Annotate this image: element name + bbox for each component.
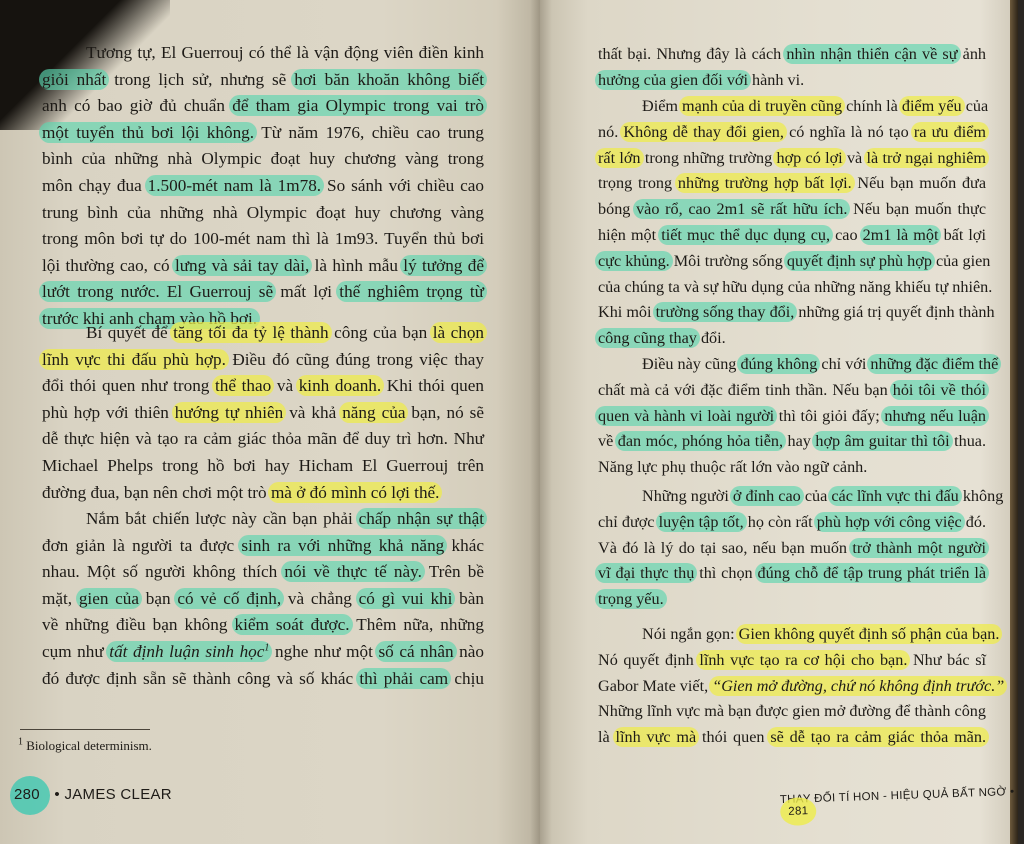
highlight-yellow: lĩnh vực tạo ra cơ hội cho bạn. — [696, 650, 910, 670]
highlight-yellow: lĩnh vực thi đấu phù hợp. — [39, 349, 229, 370]
open-book-spread: Tương tự, El Guerrouj có thể là vận động… — [0, 0, 1024, 844]
text-segment: vận động viên điền kinh — [314, 43, 484, 62]
highlight-green: hợp âm guitar thì tôi — [812, 431, 952, 451]
highlight-green: giỏi nhất — [39, 69, 109, 90]
highlight-yellow: là chọn — [430, 322, 487, 343]
footnote-divider — [20, 729, 150, 730]
text-line: đổi thói quen như trong thể thao và kinh… — [42, 373, 484, 400]
text-line: về những điều bạn không kiểm soát được. … — [42, 612, 484, 639]
text-segment: về những điều bạn không — [42, 615, 235, 634]
text-segment: lội thường cao, có — [42, 256, 175, 275]
highlight-green: luyện tập tốt, — [656, 512, 747, 532]
text-segment: Những người — [642, 487, 733, 505]
highlight-green: trọng yếu. — [595, 589, 667, 609]
text-line: chất mà cả với đặc điểm tinh thần. Nếu b… — [598, 378, 986, 404]
text-segment: Môi trường sống — [670, 252, 787, 270]
highlight-yellow: hướng tự nhiên — [172, 402, 286, 423]
text-segment: nghe như một — [269, 642, 378, 661]
text-segment: Khi môi — [598, 303, 656, 321]
text-line: Điều này cũng đúng không chỉ với những đ… — [598, 352, 986, 378]
text-segment: Nếu bạn muốn thực — [847, 200, 986, 218]
text-segment: Khi thói quen — [381, 376, 484, 395]
highlight-yellow-quote: “Gien mở đường, chứ nó không định trước.… — [709, 676, 1007, 696]
text-segment: và chẳng — [281, 589, 359, 608]
text-line: đường đua, bạn nên chơi một trò mà ở đó … — [42, 480, 484, 507]
footnote-number: 1 — [18, 737, 23, 748]
text-segment: Nói ngắn gọn: — [642, 625, 739, 643]
book-gutter — [530, 0, 552, 844]
text-segment: Điều đó cũng đúng trong việc thay — [226, 350, 484, 369]
highlight-green: 2m1 là một — [860, 225, 942, 245]
text-segment: chỉ với — [817, 355, 870, 373]
text-line: Michael Phelps trong hồ bơi hay Hicham E… — [42, 453, 484, 480]
paragraph-that-bai: thất bại. Nhưng đây là cách nhìn nhận th… — [598, 42, 986, 94]
text-segment: bóng — [598, 200, 636, 218]
highlight-green: gien của — [76, 588, 142, 609]
highlight-green: quyết định sự phù hợp — [784, 251, 935, 271]
text-segment: Bí quyết để — [86, 323, 173, 342]
highlight-green: nhìn nhận thiển cận về sự — [783, 44, 960, 64]
highlight-green: vào rổ, cao 2m1 sẽ rất hữu ích. — [633, 199, 850, 219]
text-segment: khác — [444, 536, 484, 555]
highlight-green: phù hợp với công việc — [814, 512, 965, 532]
text-line: lĩnh vực thi đấu phù hợp. Điều đó cũng đ… — [42, 347, 484, 374]
highlight-yellow: ra ưu điểm — [911, 122, 989, 142]
text-segment: không — [959, 487, 1004, 505]
italic-term: tất định luận sinh học — [109, 642, 264, 661]
text-line: Nắm bắt chiến lược này cần bạn phải chấp… — [42, 506, 484, 533]
text-segment: bạn — [139, 589, 177, 608]
text-segment: mất lợi — [273, 282, 339, 301]
text-line: trọng yếu. — [598, 587, 986, 613]
text-segment: Điểm — [642, 97, 682, 115]
text-line: vĩ đại thực thụ thì chọn đúng chỗ để tập… — [598, 561, 986, 587]
paragraph-nhung-nguoi: Những người ở đỉnh cao của các lĩnh vực … — [598, 484, 986, 613]
text-line: trọng trong những trường hợp bất lợi. Nế… — [598, 171, 986, 197]
text-line: nó. Không dễ thay đổi gien, có nghĩa là … — [598, 120, 986, 146]
text-line: phù hợp với thiên hướng tự nhiên và khả … — [42, 400, 484, 427]
highlight-green: các lĩnh vực thi đấu — [828, 486, 961, 506]
text-line: đơn giản là người ta được sinh ra với nh… — [42, 533, 484, 560]
text-segment: bất lợi — [938, 226, 986, 244]
text-segment: bàn — [452, 589, 484, 608]
text-segment: chịu — [448, 669, 484, 688]
text-line: Nó quyết định lĩnh vực tạo ra cơ hội cho… — [598, 648, 986, 674]
highlight-green: thế nghiêm trọng từ — [336, 281, 487, 302]
highlight-green: công cũng thay — [595, 328, 700, 348]
text-segment: đường đua, bạn nên chơi một trò — [42, 483, 271, 502]
running-author: JAMES CLEAR — [64, 786, 172, 803]
highlight-green: kiểm soát được. — [232, 614, 353, 635]
text-segment: hành vi. — [748, 71, 804, 89]
highlight-yellow: lĩnh vực mà — [613, 727, 700, 747]
text-segment: của — [962, 97, 989, 115]
text-segment: đổi. — [697, 329, 726, 347]
text-line: công cũng thay đổi. — [598, 326, 986, 352]
text-line: Những người ở đỉnh cao của các lĩnh vực … — [598, 484, 986, 510]
text-segment: Nắm bắt chiến lược này cần bạn phải — [86, 509, 359, 528]
text-line: trong môn bơi tự do 100-mét nam thì là 1… — [42, 226, 484, 253]
highlight-yellow: kinh doanh. — [296, 375, 384, 396]
text-segment: anh có bao giờ đủ chuẩn — [42, 96, 232, 115]
page-number: 281 — [780, 797, 817, 826]
highlight-green: đan móc, phóng hỏa tiễn, — [615, 431, 786, 451]
left-page: Tương tự, El Guerrouj có thể là vận động… — [0, 0, 540, 844]
text-segment: nào — [454, 642, 484, 661]
text-segment: chất mà cả với đặc điểm tinh thần. Nếu b… — [598, 381, 893, 399]
text-segment: đổi thói quen như trong — [42, 376, 215, 395]
text-segment: thất bại. Nhưng đây là cách — [598, 45, 786, 63]
highlight-yellow: mà ở đó mình có lợi thế. — [268, 482, 443, 503]
text-segment: đơn giản là người ta được — [42, 536, 241, 555]
highlight-yellow: thể thao — [212, 375, 274, 396]
text-segment: Trên bề — [422, 562, 484, 581]
highlight-green: hơi băn khoăn không biết — [291, 69, 487, 90]
highlight-green: lưng và sải tay dài, — [172, 255, 312, 276]
text-line: lội thường cao, có lưng và sải tay dài, … — [42, 253, 484, 280]
text-segment: Như bác sĩ — [907, 651, 986, 669]
text-line: dễ thực hiện và tạo ra cảm giác thỏa mãn… — [42, 426, 484, 453]
text-segment: thua. — [950, 432, 986, 450]
text-segment: hay — [783, 432, 815, 450]
right-page: thất bại. Nhưng đây là cách nhìn nhận th… — [540, 0, 1018, 844]
text-segment: đó được định sẵn sẽ thành công và số khá… — [42, 669, 359, 688]
highlight-yellow: năng của — [339, 402, 408, 423]
text-line: mặt, gien của bạn có vẻ cố định, và chẳn… — [42, 586, 484, 613]
text-segment: cao — [830, 226, 863, 244]
text-line: một tuyển thủ bơi lội không. Từ năm 1976… — [42, 120, 484, 147]
text-line: về đan móc, phóng hỏa tiễn, hay hợp âm g… — [598, 429, 986, 455]
highlight-green: cực khủng. — [595, 251, 673, 271]
text-segment: trong những trường — [641, 149, 777, 167]
footnote: 1 Biological determinism. — [18, 738, 152, 754]
text-line: Nói ngắn gọn: Gien không quyết định số p… — [598, 622, 986, 648]
text-segment: Và đó là lý do tại sao, nếu bạn muốn — [598, 539, 852, 557]
text-segment: Gabor Mate viết, — [598, 677, 712, 695]
text-line: bóng vào rổ, cao 2m1 sẽ rất hữu ích. Nếu… — [598, 197, 986, 223]
highlight-green: có vẻ cố định, — [174, 588, 284, 609]
highlight-green: đúng không — [737, 354, 820, 374]
text-segment: nhau. Một số người không thích — [42, 562, 284, 581]
highlight-yellow: sẽ dễ tạo ra cảm giác thỏa mãn. — [767, 727, 989, 747]
highlight-green: có gì vui khi — [356, 588, 456, 609]
text-line: anh có bao giờ đủ chuẩn để tham gia Olym… — [42, 93, 484, 120]
text-segment: đó. — [962, 513, 986, 531]
highlight-green: thì phải cam — [356, 668, 451, 689]
highlight-yellow: Gien không quyết định số phận của bạn. — [736, 624, 1003, 644]
left-folio: 280 • JAMES CLEAR — [16, 786, 172, 803]
highlight-green: lý tưởng để — [400, 255, 487, 276]
highlight-green: ở đỉnh cao — [730, 486, 804, 506]
page-number: 280 — [10, 776, 50, 815]
text-line: rất lớn trong những trường hợp có lợi và… — [598, 146, 986, 172]
paragraph-dieu-nay: Điều này cũng đúng không chỉ với những đ… — [598, 352, 986, 481]
text-line: cực khủng. Môi trường sống quyết định sự… — [598, 249, 986, 275]
paragraph-noi-ngan-gon: Nói ngắn gọn: Gien không quyết định số p… — [598, 622, 986, 751]
highlight-yellow: là trở ngại nghiêm — [864, 148, 989, 168]
text-segment: ảnh — [958, 45, 987, 63]
text-line: Điểm mạnh của di truyền cũng chính là đi… — [598, 94, 986, 120]
text-segment: chính là — [842, 97, 902, 115]
text-line: bình của những nhà Olympic đoạt huy chươ… — [42, 146, 484, 173]
text-segment: chỉ được — [598, 513, 659, 531]
text-segment: họ còn rất — [744, 513, 817, 531]
text-segment: So sánh với chiều cao — [321, 176, 484, 195]
right-folio: THAY ĐỔI TÍ HON - HIỆU QUẢ BẤT NGỜ • 281 — [780, 786, 1019, 818]
text-segment: phù hợp với thiên — [42, 403, 175, 422]
text-line: chỉ được luyện tập tốt, họ còn rất phù h… — [598, 510, 986, 536]
text-segment: Nếu bạn muốn đưa — [852, 174, 986, 192]
text-line: hưởng của gien đối với hành vi. — [598, 68, 986, 94]
highlight-yellow: những trường hợp bất lợi. — [675, 173, 855, 193]
text-segment: thì tôi giỏi đấy; — [774, 407, 884, 425]
text-segment: và — [843, 149, 867, 167]
text-line: trung bình của những nhà Olympic đoạt hu… — [42, 200, 484, 227]
paragraph-nam-bat: Nắm bắt chiến lược này cần bạn phải chấp… — [42, 506, 484, 692]
text-segment: mặt, — [42, 589, 79, 608]
text-segment: những giá trị quyết định thành — [794, 303, 994, 321]
text-segment: là hình mẫu — [309, 256, 403, 275]
text-line: môn chạy đua 1.500-mét nam là 1m78. So s… — [42, 173, 484, 200]
text-line: giỏi nhất trong lịch sử, nhưng sẽ hơi bă… — [42, 67, 484, 94]
paragraph-diem-manh: Điểm mạnh của di truyền cũng chính là đi… — [598, 94, 986, 352]
highlight-yellow: tăng tối đa tỷ lệ thành — [170, 322, 331, 343]
text-segment: và — [271, 376, 298, 395]
text-line: hiện một tiết mục thể dục dụng cụ, cao 2… — [598, 223, 986, 249]
text-line: Năng lực phụ thuộc rất lớn vào ngữ cảnh. — [598, 455, 986, 481]
highlight-yellow: rất lớn — [595, 148, 644, 168]
text-line: nhau. Một số người không thích nói về th… — [42, 559, 484, 586]
highlight-green: trở thành một người — [849, 538, 989, 558]
highlight-green: những đặc điểm thể — [867, 354, 1001, 374]
highlight-green: đúng chỗ để tập trung phát triển là — [755, 563, 989, 583]
text-line: cụm như tất định luận sinh học1 nghe như… — [42, 639, 484, 666]
text-segment: Điều này cũng — [642, 355, 740, 373]
text-line: đó được định sẵn sẽ thành công và số khá… — [42, 666, 484, 693]
text-segment: Thêm nữa, những — [350, 615, 484, 634]
highlight-green: hưởng của gien đối với — [595, 70, 751, 90]
highlight-green: trường sống thay đổi, — [653, 302, 798, 322]
highlight-yellow: mạnh của di truyền cũng — [679, 96, 845, 116]
highlight-green: số cá nhân — [375, 641, 456, 662]
highlight-green: 1.500-mét nam là 1m78. — [145, 175, 324, 196]
text-segment: trong lịch sử, nhưng sẽ — [106, 70, 294, 89]
highlight-yellow: Không dễ thay đổi gien, — [620, 122, 787, 142]
text-line: lướt trong nước. El Guerrouj sẽ mất lợi … — [42, 279, 484, 306]
text-segment: công của bạn — [329, 323, 433, 342]
text-line: Những lĩnh vực mà bạn được gien mở đường… — [598, 699, 986, 725]
text-segment: Nó quyết định — [598, 651, 699, 669]
highlight-yellow: hợp có lợi — [773, 148, 845, 168]
text-line: Và đó là lý do tại sao, nếu bạn muốn trở… — [598, 536, 986, 562]
highlight-green: chấp nhận sự thật — [356, 508, 487, 529]
text-segment: Từ năm 1976, chiều cao trung — [254, 123, 484, 142]
highlight-yellow: điểm yếu — [899, 96, 965, 116]
text-line: Tương tự, El Guerrouj có thể là vận động… — [42, 40, 484, 67]
text-line: quen và hành vi loài người thì tôi giỏi … — [598, 404, 986, 430]
highlight-green: nhưng nếu luận — [881, 406, 989, 426]
text-segment: bạn, nó sẽ — [405, 403, 484, 422]
text-segment: có nghĩa là nó tạo — [784, 123, 914, 141]
page-edge — [1010, 0, 1018, 844]
text-line: Khi môi trường sống thay đổi, những giá … — [598, 300, 986, 326]
text-line: Bí quyết để tăng tối đa tỷ lệ thành công… — [42, 320, 484, 347]
text-segment: của — [801, 487, 832, 505]
text-segment: thói quen — [696, 728, 770, 746]
highlight-green: lướt trong nước. El Guerrouj sẽ — [39, 281, 276, 302]
highlight-green: một tuyển thủ bơi lội không. — [39, 122, 257, 143]
text-line: Gabor Mate viết, “Gien mở đường, chứ nó … — [598, 674, 986, 700]
text-segment: của gien — [932, 252, 990, 270]
text-segment: và khả — [283, 403, 342, 422]
highlight-green: nói về thực tế này. — [281, 561, 425, 582]
highlight-green: vĩ đại thực thụ — [595, 563, 697, 583]
text-segment: trọng trong — [598, 174, 678, 192]
highlight-green: hỏi tôi về thói — [890, 380, 989, 400]
paragraph-bi-quyet: Bí quyết để tăng tối đa tỷ lệ thành công… — [42, 320, 484, 506]
text-segment: hiện một — [598, 226, 661, 244]
footnote-text: Biological determinism. — [26, 738, 152, 753]
text-line: của chúng ta và sự hữu dụng của những nă… — [598, 275, 986, 301]
text-segment: môn chạy đua — [42, 176, 148, 195]
text-segment: thì chọn — [694, 564, 757, 582]
highlight-green: để tham gia Olympic trong vai trò — [229, 95, 487, 116]
highlight-green: tiết mục thể dục dụng cụ, — [658, 225, 833, 245]
paragraph-el-guerrouj: Tương tự, El Guerrouj có thể là vận động… — [42, 40, 484, 333]
text-line: thất bại. Nhưng đây là cách nhìn nhận th… — [598, 42, 986, 68]
text-segment: cụm như — [42, 642, 109, 661]
text-line: là lĩnh vực mà thói quen sẽ dễ tạo ra cả… — [598, 725, 986, 751]
highlight-green: sinh ra với những khả năng — [238, 535, 447, 556]
highlight-green-italic: tất định luận sinh học1 — [106, 641, 272, 662]
highlight-green: quen và hành vi loài người — [595, 406, 777, 426]
